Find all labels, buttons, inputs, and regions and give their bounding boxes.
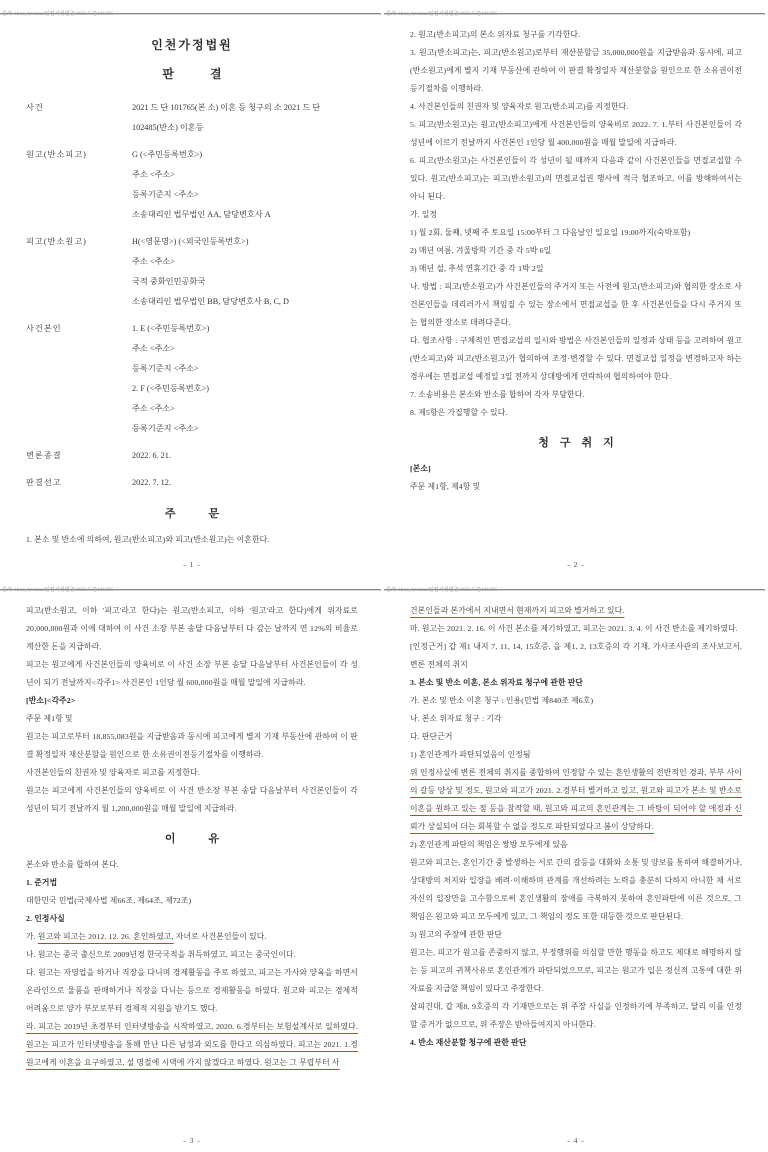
counterclaim-paragraph: 주문 제1항 및 bbox=[26, 710, 358, 728]
order-subitem: 가. 일정 bbox=[410, 206, 742, 224]
field-value-line: 102485(반소) 이혼등 bbox=[132, 118, 358, 138]
fact-text: 자녀로 사건본인들이 있다. bbox=[174, 932, 267, 941]
field-value-line: G (<주민등록번호>) bbox=[132, 145, 358, 165]
order-item: 8. 제5항은 가집행할 수 있다. bbox=[410, 404, 742, 422]
order-item: 3. 원고(반소피고)는, 피고(반소원고)로부터 재산분할금 35,000,0… bbox=[410, 44, 742, 98]
field-value-line: 소송대리인 법무법인 AA, 담당변호사 A bbox=[132, 205, 358, 225]
fact-item-ra: 라. 피고는 2019년 초경부터 인터넷방송을 시작하였고, 2020. 6.… bbox=[26, 1018, 358, 1072]
field-value-line: 1. E (<주민등록번호>) bbox=[132, 319, 358, 339]
order-subitem: 3) 매년 설, 추석 연휴기간 중 각 1박 2일 bbox=[410, 260, 742, 278]
field-value-line: 주소 <주소> bbox=[132, 399, 358, 419]
field-row-defendant: 피고(반소원고) H(<영문명>) (<외국인등록번호>) 주소 <주소> 국적… bbox=[26, 232, 358, 312]
field-label: 원고(반소피고) bbox=[26, 145, 132, 225]
fact-item-na: 나. 원고는 중국 출신으로 2009년경 한국국적을 취득하였고, 피고는 중… bbox=[26, 946, 358, 964]
field-label: 변론종결 bbox=[26, 446, 132, 466]
field-value-line: 등록기준지 <주소> bbox=[132, 185, 358, 205]
counterclaim-paragraph: 원고는 피고에게 사건본인들의 양육비로 이 사건 반소장 부본 송달 다음날부… bbox=[26, 782, 358, 818]
order-item: 6. 피고(반소원고)는 사건본인들이 각 성년이 될 때까지 다음과 같이 사… bbox=[410, 152, 742, 206]
field-value-line: 주소 <주소> bbox=[132, 339, 358, 359]
fact-text: 가. bbox=[26, 932, 38, 941]
page-body: 인천가정법원 판 결 사건 2021 드 단 101765(본 소) 이혼 등 … bbox=[0, 14, 384, 549]
field-label: 피고(반소원고) bbox=[26, 232, 132, 312]
field-value: 2022. 6. 21. bbox=[132, 446, 358, 466]
page-number: - 1 - bbox=[0, 560, 384, 569]
page-number: - 2 - bbox=[384, 560, 768, 569]
field-row-plaintiff: 원고(반소피고) G (<주민등록번호>) 주소 <주소> 등록기준지 <주소>… bbox=[26, 145, 358, 225]
field-value-line: 2022. 7. 12. bbox=[132, 473, 358, 493]
section-title-governing-law: 1. 준거법 bbox=[26, 874, 358, 892]
evidence-basis: [인정근거] 갑 제1 내지 7, 11, 14, 15호증, 을 제1, 2,… bbox=[410, 638, 742, 674]
page-header: 출처: lbox_kr/case/인천가정법원/2021드단101765 bbox=[384, 0, 765, 14]
marriage-ruin-finding: 위 인정사실에 변론 전체의 취지를 종합하여 인정할 수 있는 혼인생활의 전… bbox=[410, 764, 742, 836]
fact-item-da: 다. 원고는 자영업을 하거나 직장을 다니며 경제활동을 주로 하였고, 피고… bbox=[26, 964, 358, 1018]
source-path-text: 출처: lbox_kr/case/인천가정법원/2021드단101765 bbox=[2, 588, 113, 593]
field-label: 사건본인 bbox=[26, 319, 132, 439]
governing-law-body: 대한민국 민법(국제사법 제66조, 제64조, 제72조) bbox=[26, 892, 358, 910]
court-finding-body: 살피건대, 갑 제8, 9호증의 각 기재만으로는 위 주장 사실을 인정하기에… bbox=[410, 998, 742, 1034]
section-title-divorce-judgment: 3. 본소 및 반소 이혼, 본소 위자료 청구에 관한 판단 bbox=[410, 674, 742, 692]
case-fields: 사건 2021 드 단 101765(본 소) 이혼 등 청구의 소 2021 … bbox=[26, 98, 358, 493]
court-name: 인천가정법원 bbox=[26, 36, 358, 53]
plaintiff-claim-body: 원고는, 피고가 원고를 존중하지 않고, 부정행위를 의심할 만한 행동을 하… bbox=[410, 944, 742, 998]
source-path-text: 출처: lbox_kr/case/인천가정법원/2021드단101765 bbox=[386, 12, 497, 17]
main-claim-line: 주문 제1항, 제4항 및 bbox=[410, 478, 742, 496]
doc-type-title: 판 결 bbox=[26, 65, 358, 82]
field-label: 판결선고 bbox=[26, 473, 132, 493]
judgment-subitem: 3) 원고의 주장에 관한 판단 bbox=[410, 926, 742, 944]
order-item: 4. 사건본인들의 친권자 및 양육자로 원고(반소피고)를 지정한다. bbox=[410, 98, 742, 116]
order-item: 5. 피고(반소원고)는 원고(반소피고)에게 사건본인들의 양육비로 2022… bbox=[410, 116, 742, 152]
fact-item-ma: 마. 원고는 2021. 2. 16. 이 사건 본소를 제기하였고, 피고는 … bbox=[410, 620, 742, 638]
field-row-judgment-date: 판결선고 2022. 7. 12. bbox=[26, 473, 358, 493]
page-header: 출처: lbox_kr/case/인천가정법원/2021드단101765 bbox=[0, 0, 381, 14]
field-value-line: 2022. 6. 21. bbox=[132, 446, 358, 466]
field-value: 1. E (<주민등록번호>) 주소 <주소> 등록기준지 <주소> 2. F … bbox=[132, 319, 358, 439]
field-value-line: H(<영문명>) (<외국인등록번호>) bbox=[132, 232, 358, 252]
page-4: 출처: lbox_kr/case/인천가정법원/2021드단101765 건본인… bbox=[384, 576, 768, 1152]
source-path-text: 출처: lbox_kr/case/인천가정법원/2021드단101765 bbox=[2, 12, 113, 17]
field-value: H(<영문명>) (<외국인등록번호>) 주소 <주소> 국적 중화인민공화국 … bbox=[132, 232, 358, 312]
section-title-property-division: 4. 반소 재산분할 청구에 관한 판단 bbox=[410, 1034, 742, 1052]
field-row-children: 사건본인 1. E (<주민등록번호>) 주소 <주소> 등록기준지 <주소> … bbox=[26, 319, 358, 439]
order-item: 7. 소송비용은 본소와 반소를 합하여 각자 부담한다. bbox=[410, 386, 742, 404]
field-value-line: 등록기준지 <주소> bbox=[132, 419, 358, 439]
field-value-line: 주소 <주소> bbox=[132, 252, 358, 272]
source-path-text: 출처: lbox_kr/case/인천가정법원/2021드단101765 bbox=[386, 588, 497, 593]
field-value-line: 등록기준지 <주소> bbox=[132, 359, 358, 379]
claim-paragraph: 피고(반소원고, 이하 '피고'라고 한다)는 원고(반소피고, 이하 '원고'… bbox=[26, 602, 358, 656]
judgment-item: 가. 본소 및 반소 이혼 청구 : 인용(민법 제840조 제6호) bbox=[410, 692, 742, 710]
counterclaim-paragraph: 원고는 피고로부터 18,855,083원을 지급받음과 동시에 피고에게 별지… bbox=[26, 728, 358, 764]
judgment-item: 다. 판단근거 bbox=[410, 728, 742, 746]
judgment-item: 나. 본소 위자료 청구 : 기각 bbox=[410, 710, 742, 728]
field-value-line: 국적 중화인민공화국 bbox=[132, 272, 358, 292]
reasons-heading: 이 유 bbox=[26, 830, 358, 846]
counterclaim-paragraph: 사건본인들의 친권자 및 양육자로 피고를 지정한다. bbox=[26, 764, 358, 782]
field-value: 2021 드 단 101765(본 소) 이혼 등 청구의 소 2021 드 단… bbox=[132, 98, 358, 138]
page-number: - 3 - bbox=[0, 1136, 384, 1145]
page-2: 출처: lbox_kr/case/인천가정법원/2021드단101765 2. … bbox=[384, 0, 768, 576]
judgment-subitem: 2) 혼인관계 파탄의 책임은 쌍방 모두에게 있음 bbox=[410, 836, 742, 854]
field-row-case: 사건 2021 드 단 101765(본 소) 이혼 등 청구의 소 2021 … bbox=[26, 98, 358, 138]
fact-item-ga: 가. 원고와 피고는 2012. 12. 26. 혼인하였고, 자녀로 사건본인… bbox=[26, 928, 358, 946]
order-heading: 주 문 bbox=[26, 505, 358, 521]
red-underlined-text: 원고와 피고는 2012. 12. 26. 혼인하였고, bbox=[38, 932, 174, 941]
field-value-line: 주소 <주소> bbox=[132, 165, 358, 185]
page-number: - 4 - bbox=[384, 1136, 768, 1145]
page-body: 2. 원고(반소피고)의 본소 위자료 청구를 기각한다. 3. 원고(반소피고… bbox=[384, 14, 768, 496]
judgment-document-grid: 출처: lbox_kr/case/인천가정법원/2021드단101765 인천가… bbox=[0, 0, 768, 1152]
field-value: G (<주민등록번호>) 주소 <주소> 등록기준지 <주소> 소송대리인 법무… bbox=[132, 145, 358, 225]
field-value-line: 2. F (<주민등록번호>) bbox=[132, 379, 358, 399]
order-subitem: 나. 방법 : 피고(반소원고)가 사건본인들의 주거지 또는 사전에 원고(반… bbox=[410, 278, 742, 332]
claims-heading: 청 구 취 지 bbox=[410, 434, 742, 450]
field-value: 2022. 7. 12. bbox=[132, 473, 358, 493]
page-header: 출처: lbox_kr/case/인천가정법원/2021드단101765 bbox=[0, 576, 381, 590]
responsibility-body: 원고와 피고는, 혼인기간 중 발생하는 서로 간의 갈등을 대화와 소통 및 … bbox=[410, 854, 742, 926]
judgment-subitem: 1) 혼인관계가 파탄되었음이 인정됨 bbox=[410, 746, 742, 764]
page-body: 건본인들과 본가에서 지내면서 현재까지 피고와 별거하고 있다. 마. 원고는… bbox=[384, 590, 768, 1052]
claim-paragraph: 피고는 원고에게 사건본인들의 양육비로 이 사건 소장 부본 송달 다음날부터… bbox=[26, 656, 358, 692]
fact-carryover: 건본인들과 본가에서 지내면서 현재까지 피고와 별거하고 있다. bbox=[410, 602, 742, 620]
red-underlined-text: 건본인들과 본가에서 지내면서 현재까지 피고와 별거하고 있다. bbox=[410, 606, 624, 615]
page-1: 출처: lbox_kr/case/인천가정법원/2021드단101765 인천가… bbox=[0, 0, 384, 576]
page-header: 출처: lbox_kr/case/인천가정법원/2021드단101765 bbox=[384, 576, 765, 590]
page-3: 출처: lbox_kr/case/인천가정법원/2021드단101765 피고(… bbox=[0, 576, 384, 1152]
section-title-found-facts: 2. 인정사실 bbox=[26, 910, 358, 928]
main-claim-label: [본소] bbox=[410, 460, 742, 478]
reasons-intro: 본소와 반소를 합하여 본다. bbox=[26, 856, 358, 874]
order-subitem: 다. 협조사항 : 구체적인 면접교섭의 일시와 방법은 사건본인들의 일정과 … bbox=[410, 332, 742, 386]
order-subitem: 1) 월 2회, 둘째, 넷째 주 토요일 15:00부터 그 다음날인 일요일… bbox=[410, 224, 742, 242]
order-subitem: 2) 매년 여름, 겨울방학 기간 중 각 5박 6일 bbox=[410, 242, 742, 260]
counterclaim-label: [반소]<각주2> bbox=[26, 692, 358, 710]
field-label: 사건 bbox=[26, 98, 132, 138]
order-item-1: 1. 본소 및 반소에 의하여, 원고(반소피고)와 피고(반소원고)는 이혼한… bbox=[26, 531, 358, 549]
field-row-hearing-closed: 변론종결 2022. 6. 21. bbox=[26, 446, 358, 466]
page-body: 피고(반소원고, 이하 '피고'라고 한다)는 원고(반소피고, 이하 '원고'… bbox=[0, 590, 384, 1072]
field-value-line: 2021 드 단 101765(본 소) 이혼 등 청구의 소 2021 드 단 bbox=[132, 98, 358, 118]
red-underlined-text: 라. 피고는 2019년 초경부터 인터넷방송을 시작하였고, 2020. 6.… bbox=[26, 1022, 358, 1067]
field-value-line: 소송대리인 법무법인 BB, 담당변호사 B, C, D bbox=[132, 292, 358, 312]
order-item: 2. 원고(반소피고)의 본소 위자료 청구를 기각한다. bbox=[410, 26, 742, 44]
red-underlined-text: 위 인정사실에 변론 전체의 취지를 종합하여 인정할 수 있는 혼인생활의 전… bbox=[410, 768, 742, 831]
